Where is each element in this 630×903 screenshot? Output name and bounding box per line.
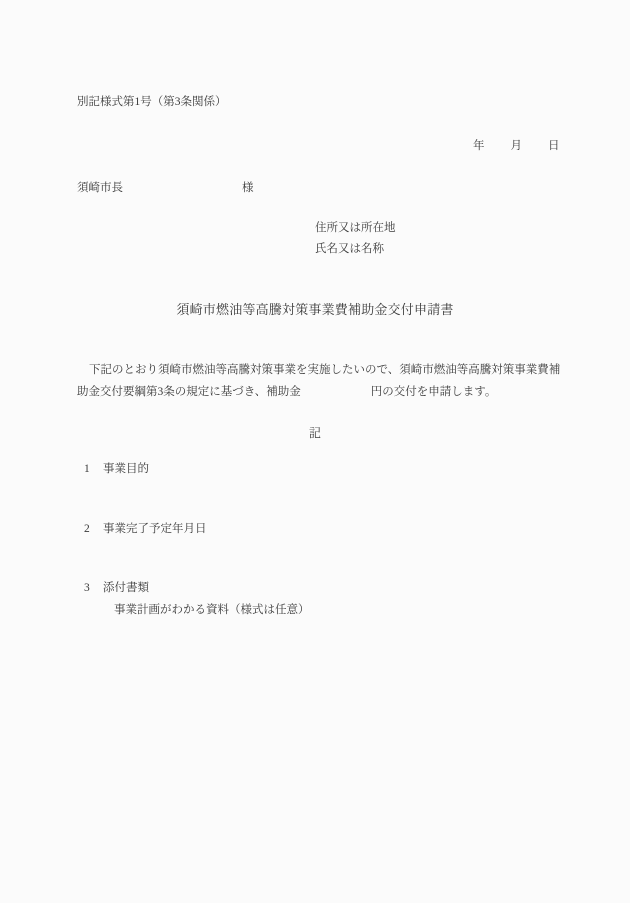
- application-form-page: 別記様式第1号（第3条関係） 年 月 日 須崎市長 様 住所又は所在地 氏名又は…: [0, 0, 630, 903]
- date-line: 年 月 日: [473, 139, 560, 153]
- item-attachments-note: 事業計画がわかる資料（様式は任意）: [114, 603, 310, 617]
- document-title: 須崎市燃油等高騰対策事業費補助金交付申請書: [0, 302, 630, 318]
- applicant-address-label: 住所又は所在地: [315, 221, 396, 235]
- form-number: 別記様式第1号（第3条関係）: [77, 95, 227, 109]
- applicant-name-label: 氏名又は名称: [315, 242, 384, 256]
- addressee-honorific: 様: [242, 181, 254, 195]
- item-number: 3: [84, 581, 103, 595]
- item-business-purpose: 1事業目的: [84, 462, 149, 476]
- item-completion-date: 2事業完了予定年月日: [84, 522, 207, 536]
- date-day-label: 日: [548, 139, 560, 153]
- addressee-recipient: 須崎市長: [77, 181, 123, 195]
- body-line2-suffix: 円の交付を申請します。: [371, 386, 497, 398]
- item-number: 1: [84, 462, 103, 476]
- item-label: 事業完了予定年月日: [103, 523, 207, 535]
- section-marker: 記: [0, 426, 630, 441]
- item-number: 2: [84, 522, 103, 536]
- subsidy-amount-blank: [301, 394, 371, 395]
- item-label: 添付書類: [103, 582, 149, 594]
- date-year-label: 年: [473, 139, 485, 153]
- body-paragraph-line1: 下記のとおり須崎市燃油等高騰対策事業を実施したいので、須崎市燃油等高騰対策事業費…: [77, 363, 560, 377]
- item-label: 事業目的: [103, 463, 149, 475]
- date-month-label: 月: [511, 139, 523, 153]
- item-attachments: 3添付書類: [84, 581, 149, 595]
- body-paragraph-line2: 助金交付要綱第3条の規定に基づき、補助金円の交付を申請します。: [77, 385, 496, 399]
- body-line2-prefix: 助金交付要綱第3条の規定に基づき、補助金: [77, 386, 301, 398]
